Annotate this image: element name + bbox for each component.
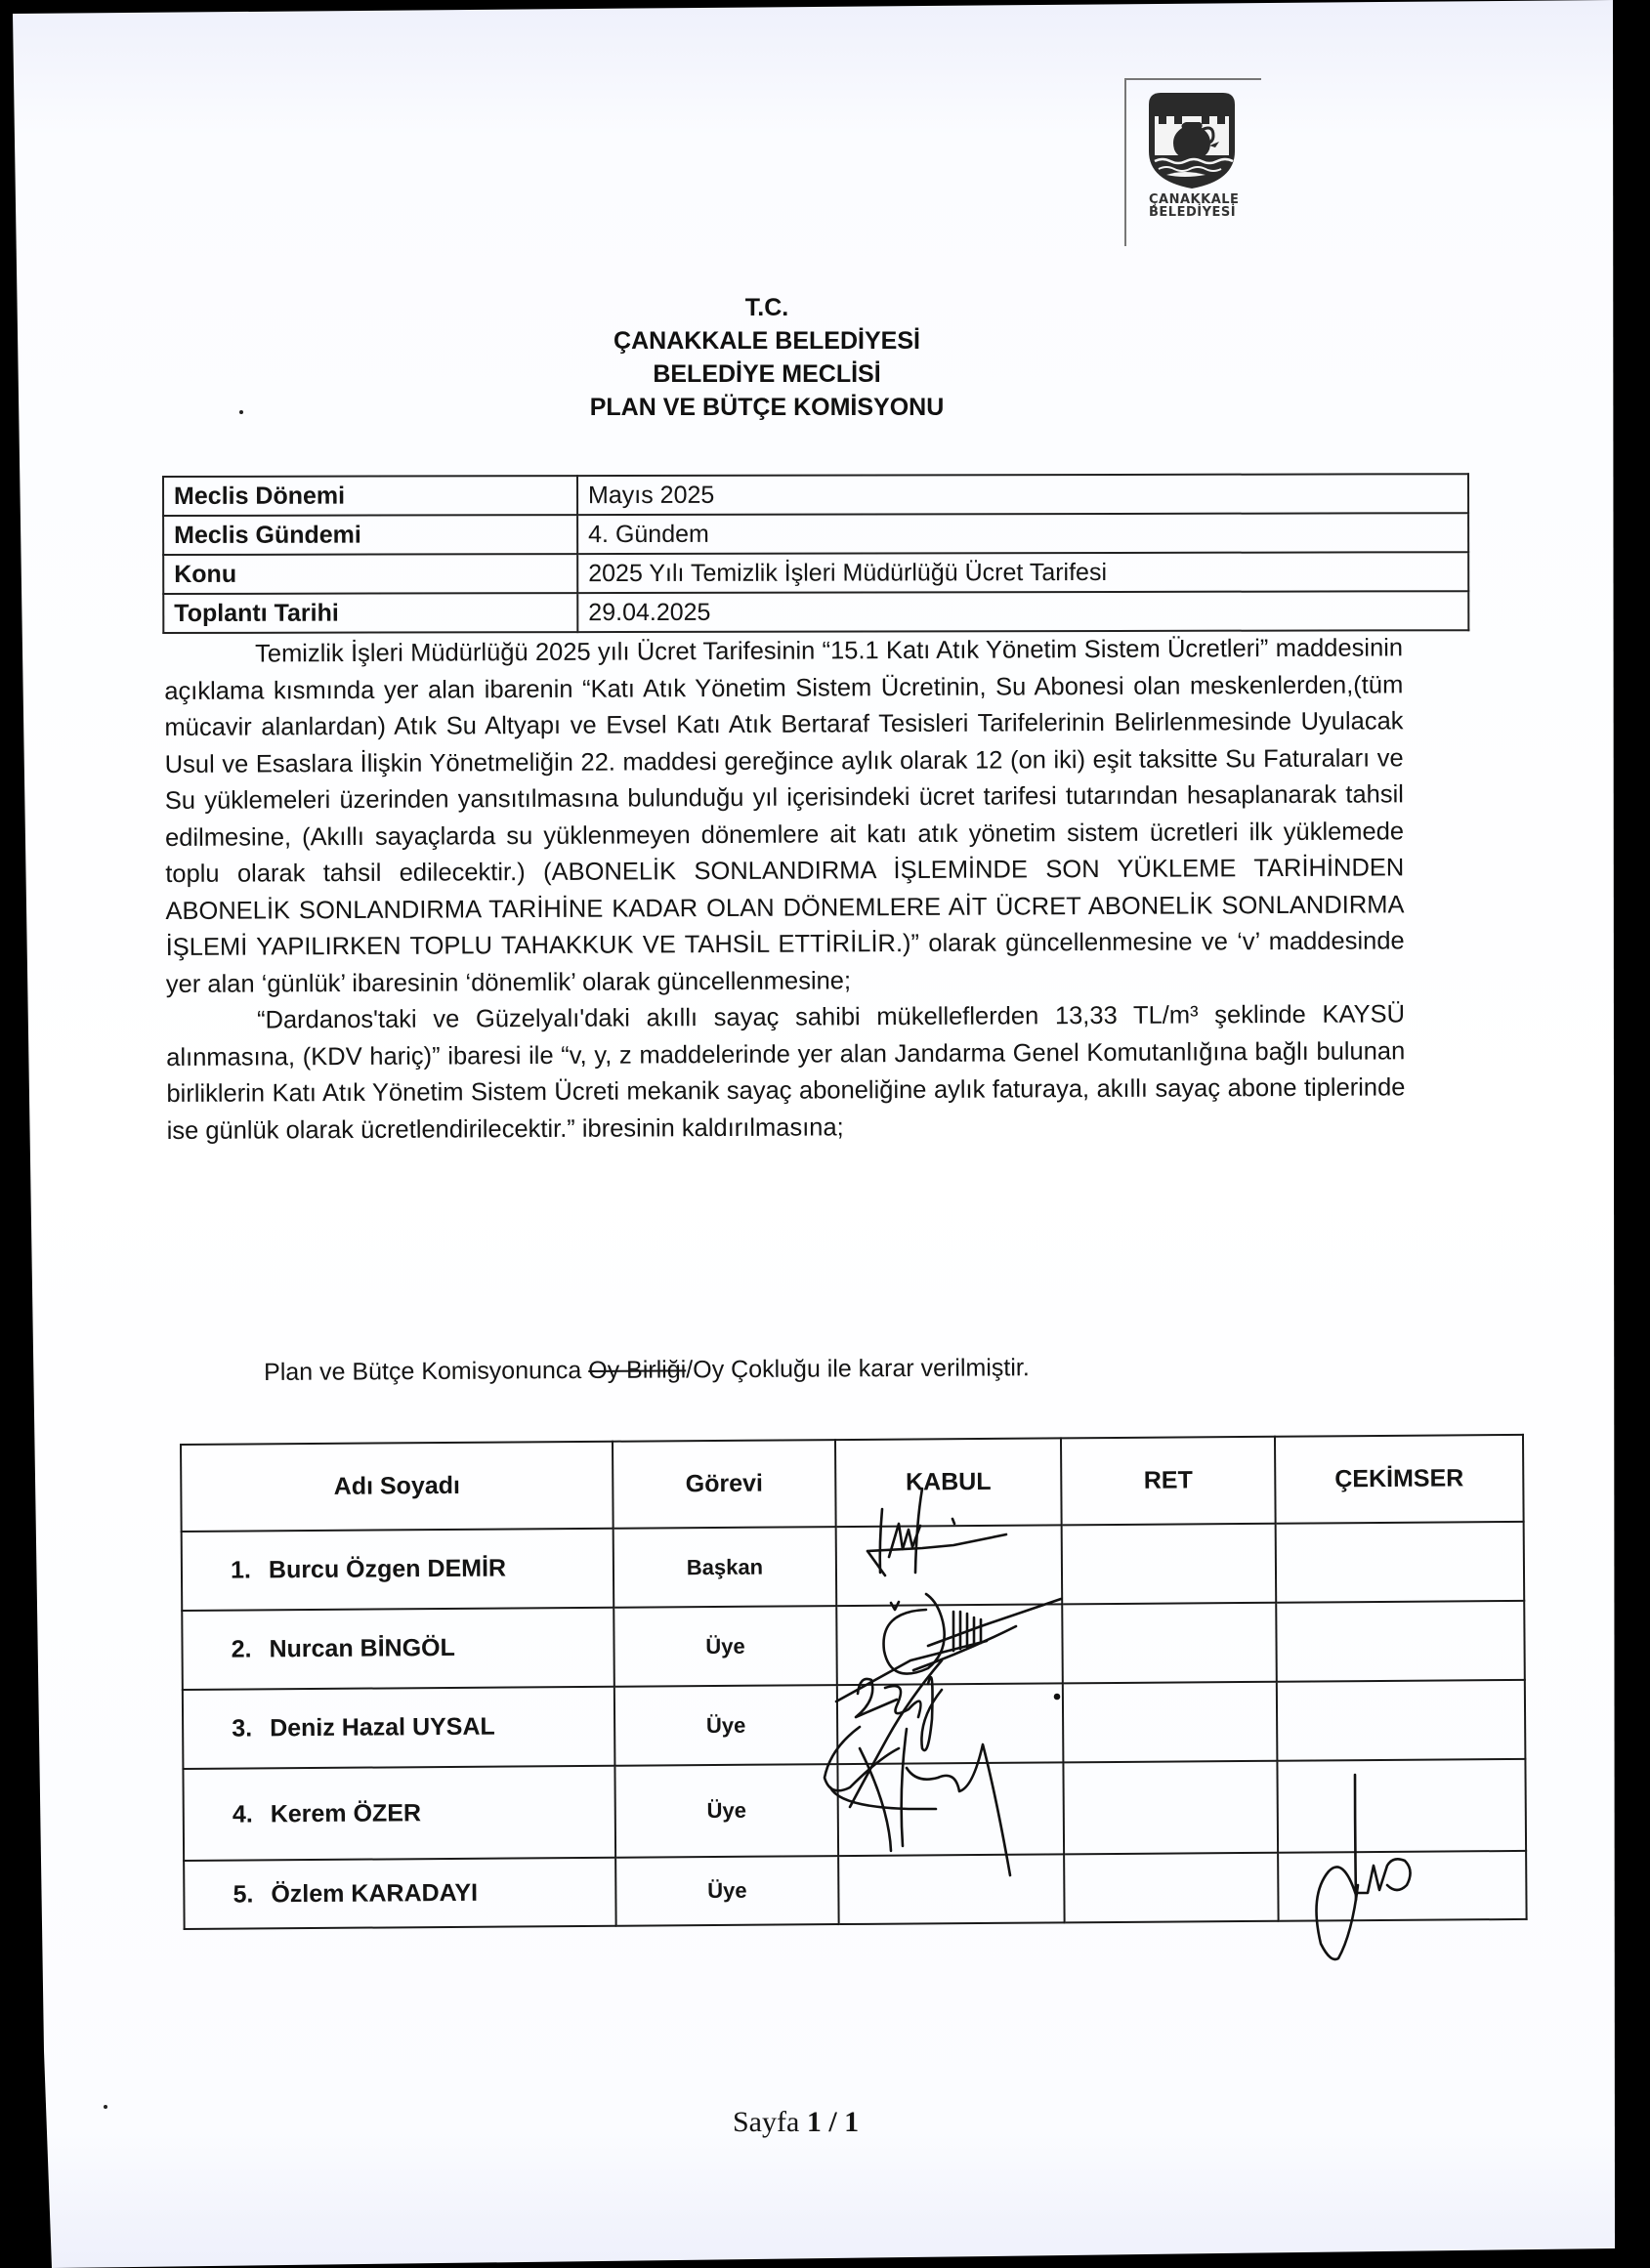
- member-role: Üye: [615, 1856, 839, 1926]
- meta-row-agenda: Meclis Gündemi 4. Gündem: [163, 513, 1468, 555]
- member-role: Üye: [613, 1606, 837, 1687]
- meta-row-period: Meclis Dönemi Mayıs 2025: [163, 474, 1468, 516]
- header-line-municipality: ÇANAKKALE BELEDİYESİ: [547, 324, 987, 357]
- decision-prefix: Plan ve Bütçe Komisyonunca: [264, 1357, 588, 1386]
- meta-row-date: Toplantı Tarihi 29.04.2025: [163, 591, 1468, 633]
- body-paragraph-2: “Dardanos'taki ve Güzelyalı'daki akıllı …: [166, 996, 1406, 1150]
- meta-row-subject: Konu 2025 Yılı Temizlik İşleri Müdürlüğü…: [163, 552, 1468, 594]
- accept-cell: [836, 1604, 1063, 1685]
- meta-value: Mayıs 2025: [577, 474, 1468, 515]
- member-name: Özlem KARADAYI: [271, 1878, 478, 1908]
- abstain-cell: [1277, 1680, 1526, 1761]
- meta-value: 2025 Yılı Temizlik İşleri Müdürlüğü Ücre…: [577, 552, 1468, 593]
- vote-table: Adı Soyadı Görevi KABUL RET ÇEKİMSER 1.B…: [180, 1434, 1528, 1930]
- page-number: Sayfa 1 / 1: [733, 2106, 859, 2139]
- member-name-cell: 3.Deniz Hazal UYSAL: [183, 1687, 615, 1769]
- header-line-committee: PLAN VE BÜTÇE KOMİSYONU: [547, 391, 987, 424]
- member-role: Başkan: [613, 1527, 837, 1608]
- abstain-cell: [1278, 1851, 1527, 1921]
- member-role: Üye: [614, 1685, 838, 1766]
- header-line-tc: T.C.: [547, 291, 987, 324]
- member-number: 1.: [202, 1556, 251, 1584]
- accept-cell: [837, 1762, 1064, 1856]
- col-header-reject: RET: [1061, 1437, 1276, 1526]
- meeting-info-table: Meclis Dönemi Mayıs 2025 Meclis Gündemi …: [162, 473, 1469, 634]
- scan-speck: [239, 410, 243, 414]
- member-name-cell: 5.Özlem KARADAYI: [184, 1858, 616, 1929]
- member-number: 5.: [204, 1880, 253, 1909]
- member-name: Kerem ÖZER: [271, 1799, 421, 1827]
- member-name: Burcu Özgen DEMİR: [269, 1555, 506, 1584]
- accept-cell: [836, 1525, 1063, 1606]
- canakkale-municipality-emblem-icon: [1145, 91, 1239, 190]
- meta-value: 4. Gündem: [577, 513, 1468, 554]
- page-total: 1: [844, 2106, 859, 2138]
- member-name-cell: 1.Burcu Özgen DEMİR: [182, 1529, 614, 1611]
- logo-caption: ÇANAKKALE BELEDİYESİ: [1149, 193, 1256, 219]
- table-row: 5.Özlem KARADAYI Üye: [184, 1851, 1526, 1929]
- abstain-cell: [1276, 1522, 1525, 1603]
- header-line-council: BELEDİYE MECLİSİ: [547, 357, 987, 391]
- col-header-name: Adı Soyadı: [181, 1442, 613, 1532]
- vote-table-header: Adı Soyadı Görevi KABUL RET ÇEKİMSER: [181, 1435, 1524, 1532]
- member-number: 2.: [202, 1635, 251, 1663]
- meta-label: Toplantı Tarihi: [163, 593, 577, 633]
- reject-cell: [1062, 1603, 1277, 1684]
- member-number: 3.: [203, 1714, 252, 1743]
- accept-cell: [837, 1683, 1064, 1764]
- meta-label: Meclis Dönemi: [163, 476, 577, 516]
- accept-cell: [838, 1854, 1065, 1924]
- table-row: 2.Nurcan BİNGÖL Üye: [182, 1601, 1525, 1690]
- table-row: 1.Burcu Özgen DEMİR Başkan: [182, 1522, 1525, 1611]
- member-name: Deniz Hazal UYSAL: [270, 1713, 495, 1743]
- table-row: 3.Deniz Hazal UYSAL Üye: [183, 1680, 1526, 1769]
- table-row: 4.Kerem ÖZER Üye: [183, 1759, 1526, 1861]
- reject-cell: [1063, 1682, 1278, 1763]
- col-header-accept: KABUL: [835, 1438, 1062, 1527]
- page-number-prefix: Sayfa: [733, 2106, 807, 2138]
- abstain-cell: [1277, 1759, 1526, 1853]
- page-current: 1: [807, 2106, 822, 2138]
- member-name: Nurcan BİNGÖL: [269, 1634, 454, 1662]
- logo-caption-line2: BELEDİYESİ: [1149, 206, 1256, 219]
- decision-statement: Plan ve Bütçe Komisyonunca Oy Birliği/Oy…: [264, 1350, 1241, 1389]
- col-header-abstain: ÇEKİMSER: [1275, 1435, 1524, 1524]
- decision-suffix: /Oy Çokluğu ile karar verilmiştir.: [686, 1354, 1030, 1383]
- decision-struck-option: Oy Birliği: [588, 1356, 686, 1384]
- reject-cell: [1064, 1853, 1279, 1923]
- meta-value: 29.04.2025: [577, 591, 1468, 632]
- reject-cell: [1063, 1761, 1278, 1855]
- col-header-role: Görevi: [613, 1440, 836, 1529]
- member-role: Üye: [614, 1764, 838, 1858]
- abstain-cell: [1276, 1601, 1525, 1682]
- document-header: T.C. ÇANAKKALE BELEDİYESİ BELEDİYE MECLİ…: [547, 291, 987, 424]
- meta-label: Meclis Gündemi: [163, 515, 577, 555]
- scanned-page: ÇANAKKALE BELEDİYESİ T.C. ÇANAKKALE BELE…: [0, 0, 1650, 2268]
- member-name-cell: 2.Nurcan BİNGÖL: [182, 1608, 614, 1690]
- meta-label: Konu: [163, 554, 577, 594]
- page-separator: /: [822, 2106, 844, 2138]
- scan-speck: [104, 2105, 107, 2109]
- decision-body: Temizlik İşleri Müdürlüğü 2025 yılı Ücre…: [164, 630, 1406, 1150]
- reject-cell: [1062, 1524, 1277, 1605]
- body-paragraph-1: Temizlik İşleri Müdürlüğü 2025 yılı Ücre…: [164, 630, 1405, 1003]
- member-name-cell: 4.Kerem ÖZER: [183, 1766, 615, 1861]
- member-number: 4.: [204, 1800, 253, 1828]
